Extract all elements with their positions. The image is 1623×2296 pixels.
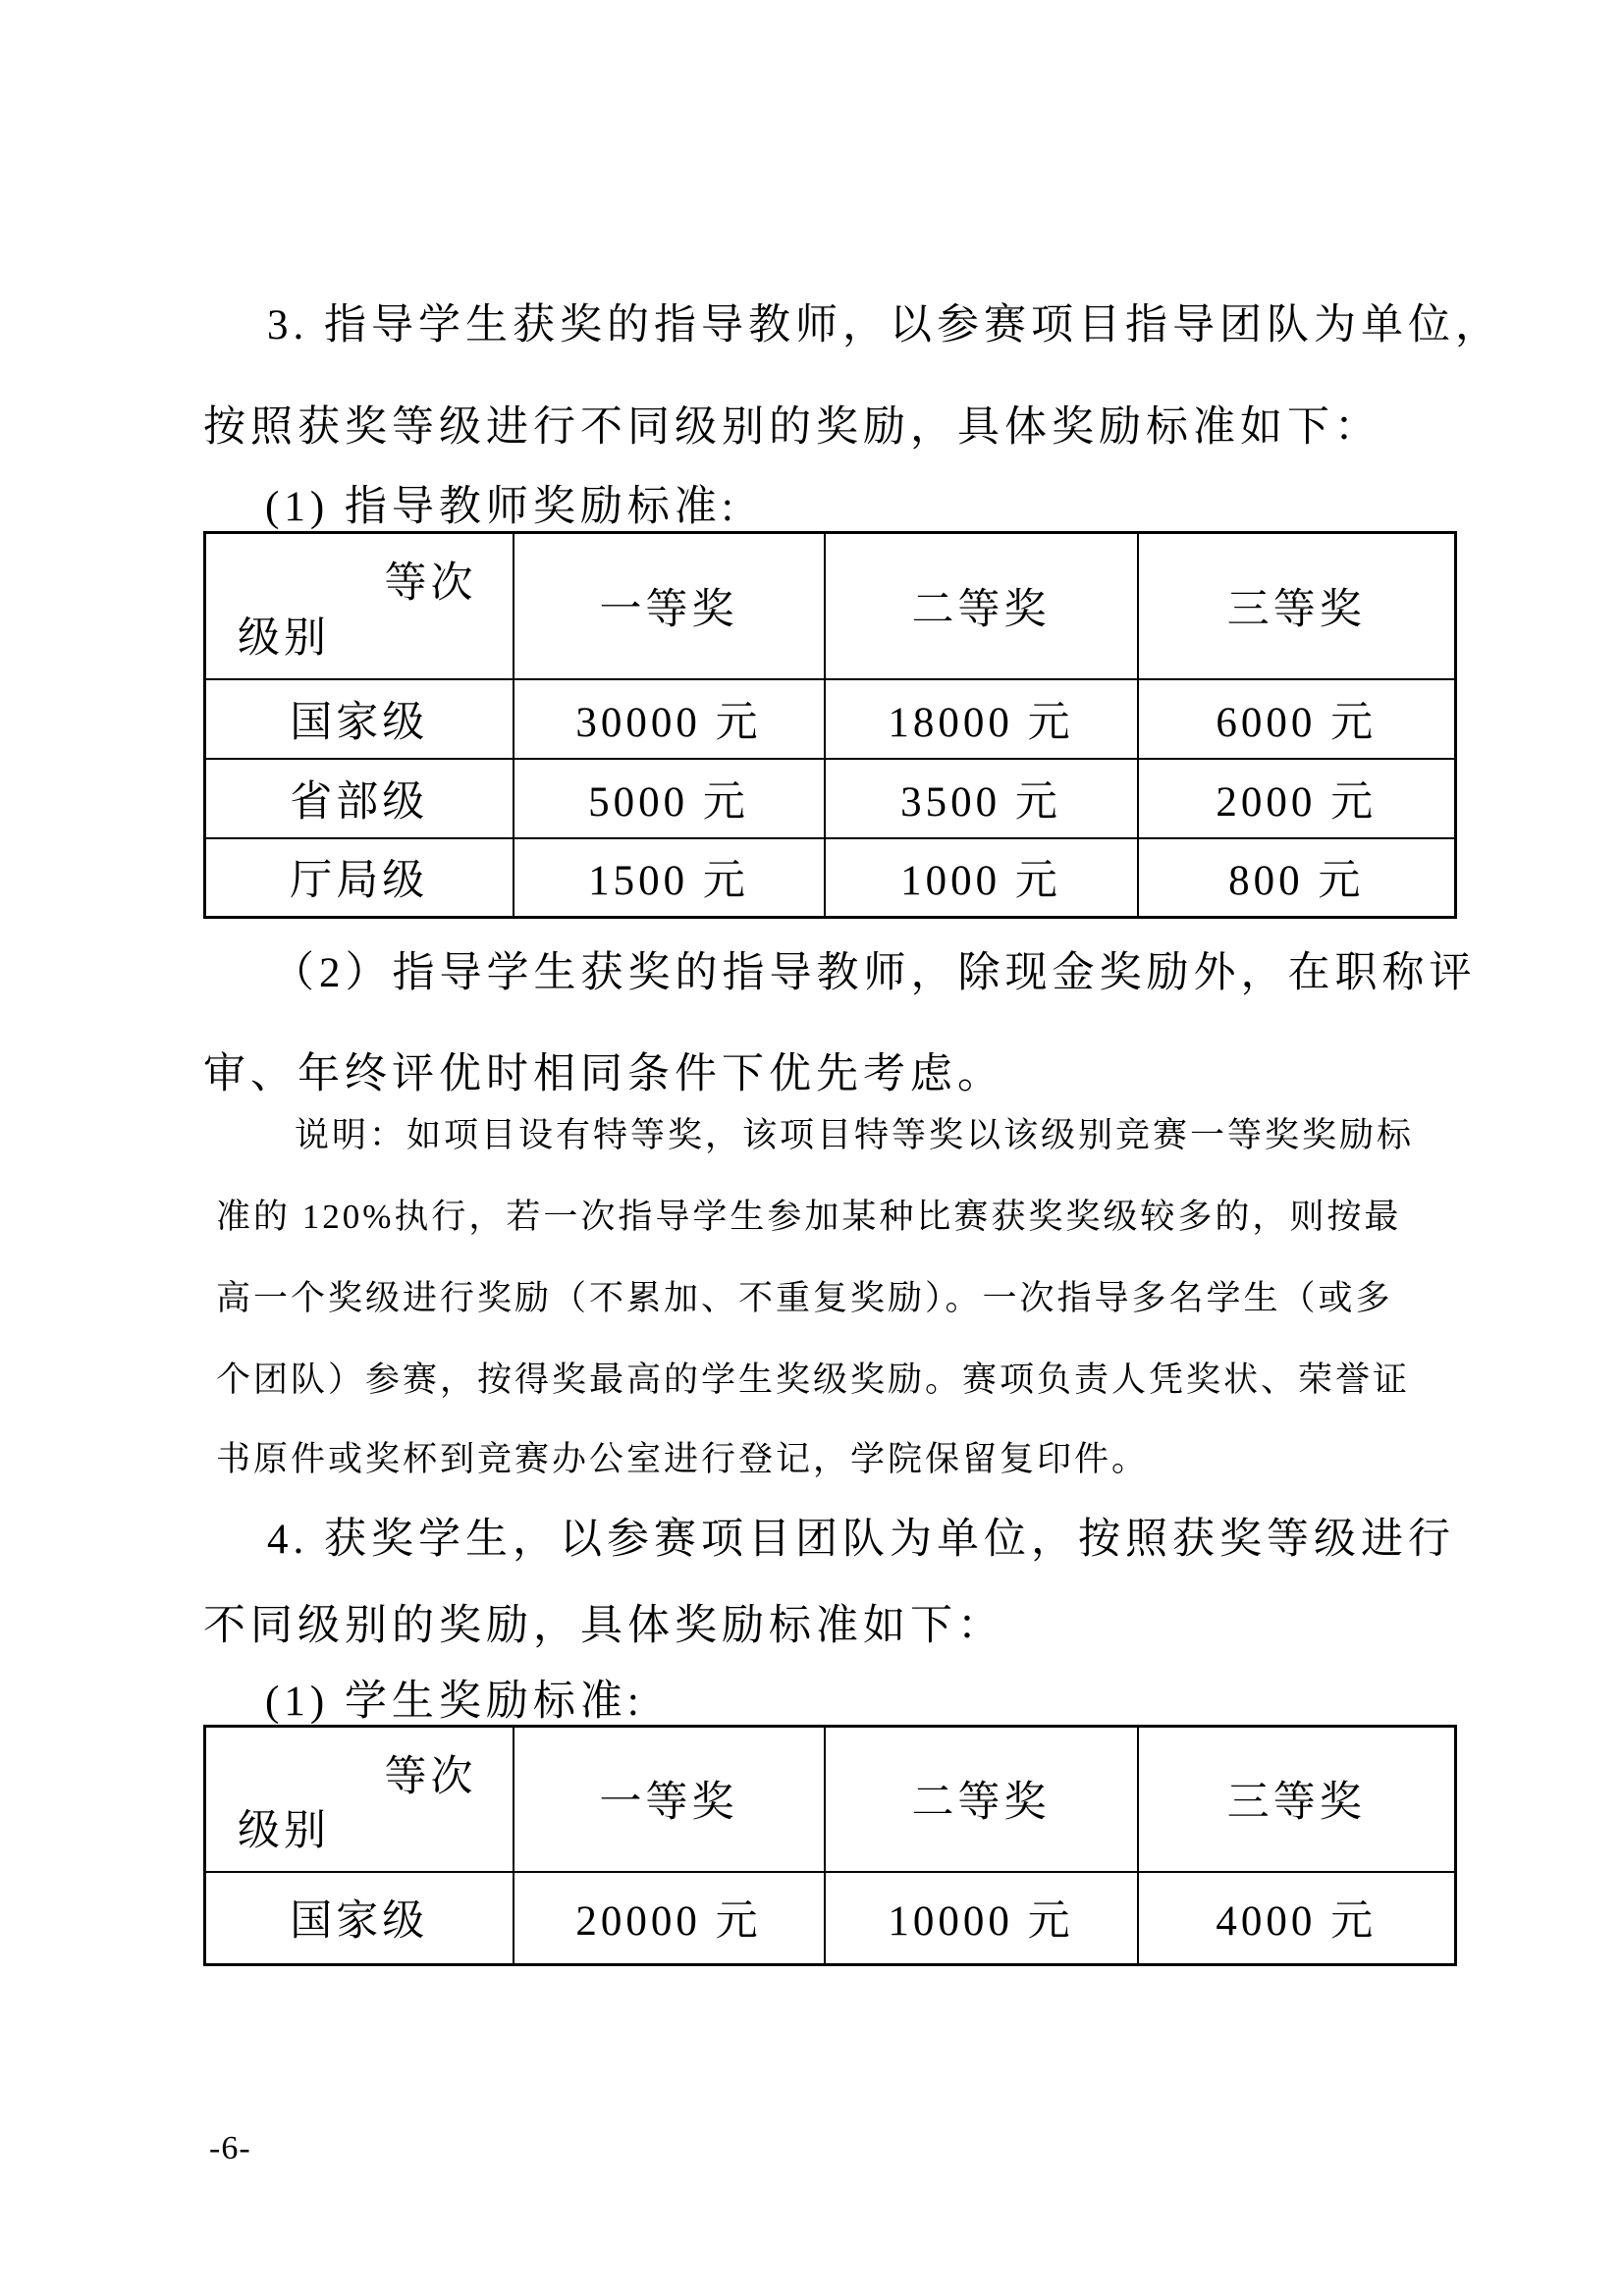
paragraph-2-line-1: （2）指导学生获奖的指导教师，除现金奖励外，在职称评 bbox=[272, 945, 1477, 1002]
cell-amount: 6000 元 bbox=[1138, 679, 1456, 759]
note-line-5: 书原件或奖杯到竞赛办公室进行登记，学院保留复印件。 bbox=[216, 1436, 1149, 1483]
cell-amount: 4000 元 bbox=[1138, 1872, 1456, 1965]
corner-label-award-grade: 等次 bbox=[385, 1743, 477, 1803]
corner-label-award-grade: 等次 bbox=[385, 550, 477, 610]
document-page: 3. 指导学生获奖的指导教师，以参赛项目指导团队为单位， 按照获奖等级进行不同级… bbox=[0, 0, 1623, 2296]
cell-level-national: 国家级 bbox=[205, 679, 514, 759]
note-line-4: 个团队）参赛，按得奖最高的学生奖级奖励。赛项负责人凭奖状、荣誉证 bbox=[216, 1357, 1410, 1404]
cell-amount: 18000 元 bbox=[825, 679, 1138, 759]
table-row: 国家级 20000 元 10000 元 4000 元 bbox=[205, 1872, 1456, 1965]
note-line-2: 准的 120%执行，若一次指导学生参加某种比赛获奖奖级较多的，则按最 bbox=[216, 1194, 1401, 1241]
table-row: 省部级 5000 元 3500 元 2000 元 bbox=[205, 759, 1456, 838]
teacher-table-header-row: 等次 级别 一等奖 二等奖 三等奖 bbox=[205, 533, 1456, 679]
teacher-header-first-prize: 一等奖 bbox=[514, 533, 825, 679]
student-table-header-row: 等次 级别 一等奖 二等奖 三等奖 bbox=[205, 1727, 1456, 1872]
cell-amount: 1000 元 bbox=[825, 838, 1138, 918]
paragraph-2-line-2: 审、年终评优时相同条件下优先考虑。 bbox=[203, 1046, 1004, 1103]
cell-amount: 20000 元 bbox=[514, 1872, 825, 1965]
cell-amount: 800 元 bbox=[1138, 838, 1456, 918]
cell-amount: 2000 元 bbox=[1138, 759, 1456, 838]
cell-amount: 10000 元 bbox=[825, 1872, 1138, 1965]
student-award-caption: (1) 学生奖励标准: bbox=[265, 1674, 644, 1731]
teacher-award-caption: (1) 指导教师奖励标准: bbox=[265, 479, 738, 536]
paragraph-4-line-1: 4. 获奖学生，以参赛项目团队为单位，按照获奖等级进行 bbox=[267, 1512, 1455, 1569]
cell-level-national: 国家级 bbox=[205, 1872, 514, 1965]
student-header-second-prize: 二等奖 bbox=[825, 1727, 1138, 1872]
corner-label-level: 级别 bbox=[238, 1797, 330, 1857]
student-header-third-prize: 三等奖 bbox=[1138, 1727, 1456, 1872]
note-line-1: 说明：如项目设有特等奖，该项目特等奖以该级别竞赛一等奖奖励标 bbox=[295, 1112, 1414, 1159]
corner-label-level: 级别 bbox=[238, 605, 330, 665]
table-row: 厅局级 1500 元 1000 元 800 元 bbox=[205, 838, 1456, 918]
page-number: -6- bbox=[209, 2130, 251, 2167]
teacher-table-corner-cell: 等次 级别 bbox=[205, 533, 514, 679]
paragraph-3-line-1: 3. 指导学生获奖的指导教师，以参赛项目指导团队为单位， bbox=[267, 297, 1502, 354]
cell-level-departmental: 厅局级 bbox=[205, 838, 514, 918]
cell-amount: 30000 元 bbox=[514, 679, 825, 759]
table-row: 国家级 30000 元 18000 元 6000 元 bbox=[205, 679, 1456, 759]
teacher-header-third-prize: 三等奖 bbox=[1138, 533, 1456, 679]
cell-amount: 1500 元 bbox=[514, 838, 825, 918]
cell-level-provincial: 省部级 bbox=[205, 759, 514, 838]
paragraph-3-line-2: 按照获奖等级进行不同级别的奖励，具体奖励标准如下： bbox=[203, 400, 1381, 456]
note-line-3: 高一个奖级进行奖励（不累加、不重复奖励）。一次指导多名学生（或多 bbox=[216, 1275, 1393, 1322]
paragraph-4-line-2: 不同级别的奖励，具体奖励标准如下： bbox=[203, 1598, 1004, 1655]
teacher-award-table: 等次 级别 一等奖 二等奖 三等奖 国家级 30000 元 18000 元 60… bbox=[203, 531, 1457, 919]
cell-amount: 3500 元 bbox=[825, 759, 1138, 838]
teacher-header-second-prize: 二等奖 bbox=[825, 533, 1138, 679]
student-header-first-prize: 一等奖 bbox=[514, 1727, 825, 1872]
student-table-corner-cell: 等次 级别 bbox=[205, 1727, 514, 1872]
cell-amount: 5000 元 bbox=[514, 759, 825, 838]
student-award-table: 等次 级别 一等奖 二等奖 三等奖 国家级 20000 元 10000 元 40… bbox=[203, 1725, 1457, 1966]
